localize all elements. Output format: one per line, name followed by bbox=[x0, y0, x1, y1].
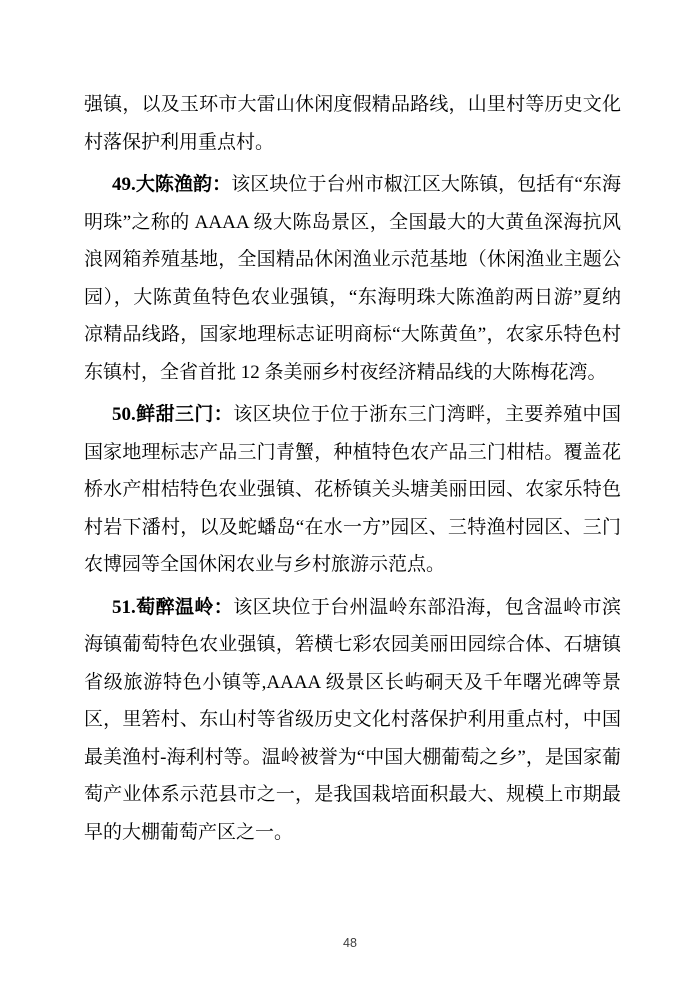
paragraph-text: 强镇，以及玉环市大雷山休闲度假精品路线，山里村等历史文化村落保护利用重点村。 bbox=[84, 94, 621, 153]
paragraph-text: 该区块位于位于浙东三门湾畔，主要养殖中国国家地理标志产品三门青蟹，种植特色农产品… bbox=[84, 404, 621, 575]
document-page-body: 强镇，以及玉环市大雷山休闲度假精品路线，山里村等历史文化村落保护利用重点村。 4… bbox=[84, 86, 621, 851]
paragraph-50-xiantian-sanmen: 50.鲜甜三门：该区块位于位于浙东三门湾畔，主要养殖中国国家地理标志产品三门青蟹… bbox=[84, 396, 621, 584]
paragraph-number-prefix: 51.萄醉温岭： bbox=[112, 597, 233, 618]
paragraph-49-dachen-yuyun: 49.大陈渔韵：该区块位于台州市椒江区大陈镇，包括有“东海明珠”之称的 AAAA… bbox=[84, 166, 621, 391]
paragraph-51-taozui-wenling: 51.萄醉温岭：该区块位于台州温岭东部沿海，包含温岭市滨海镇葡萄特色农业强镇，箬… bbox=[84, 589, 621, 852]
paragraph-continuation: 强镇，以及玉环市大雷山休闲度假精品路线，山里村等历史文化村落保护利用重点村。 bbox=[84, 86, 621, 161]
paragraph-number-prefix: 49.大陈渔韵： bbox=[112, 174, 231, 195]
paragraph-text: 该区块位于台州温岭东部沿海，包含温岭市滨海镇葡萄特色农业强镇，箬横七彩农园美丽田… bbox=[84, 597, 621, 843]
paragraph-number-prefix: 50.鲜甜三门： bbox=[112, 404, 233, 425]
paragraph-text: 该区块位于台州市椒江区大陈镇，包括有“东海明珠”之称的 AAAA 级大陈岛景区，… bbox=[84, 174, 621, 383]
page-number: 48 bbox=[0, 936, 700, 950]
